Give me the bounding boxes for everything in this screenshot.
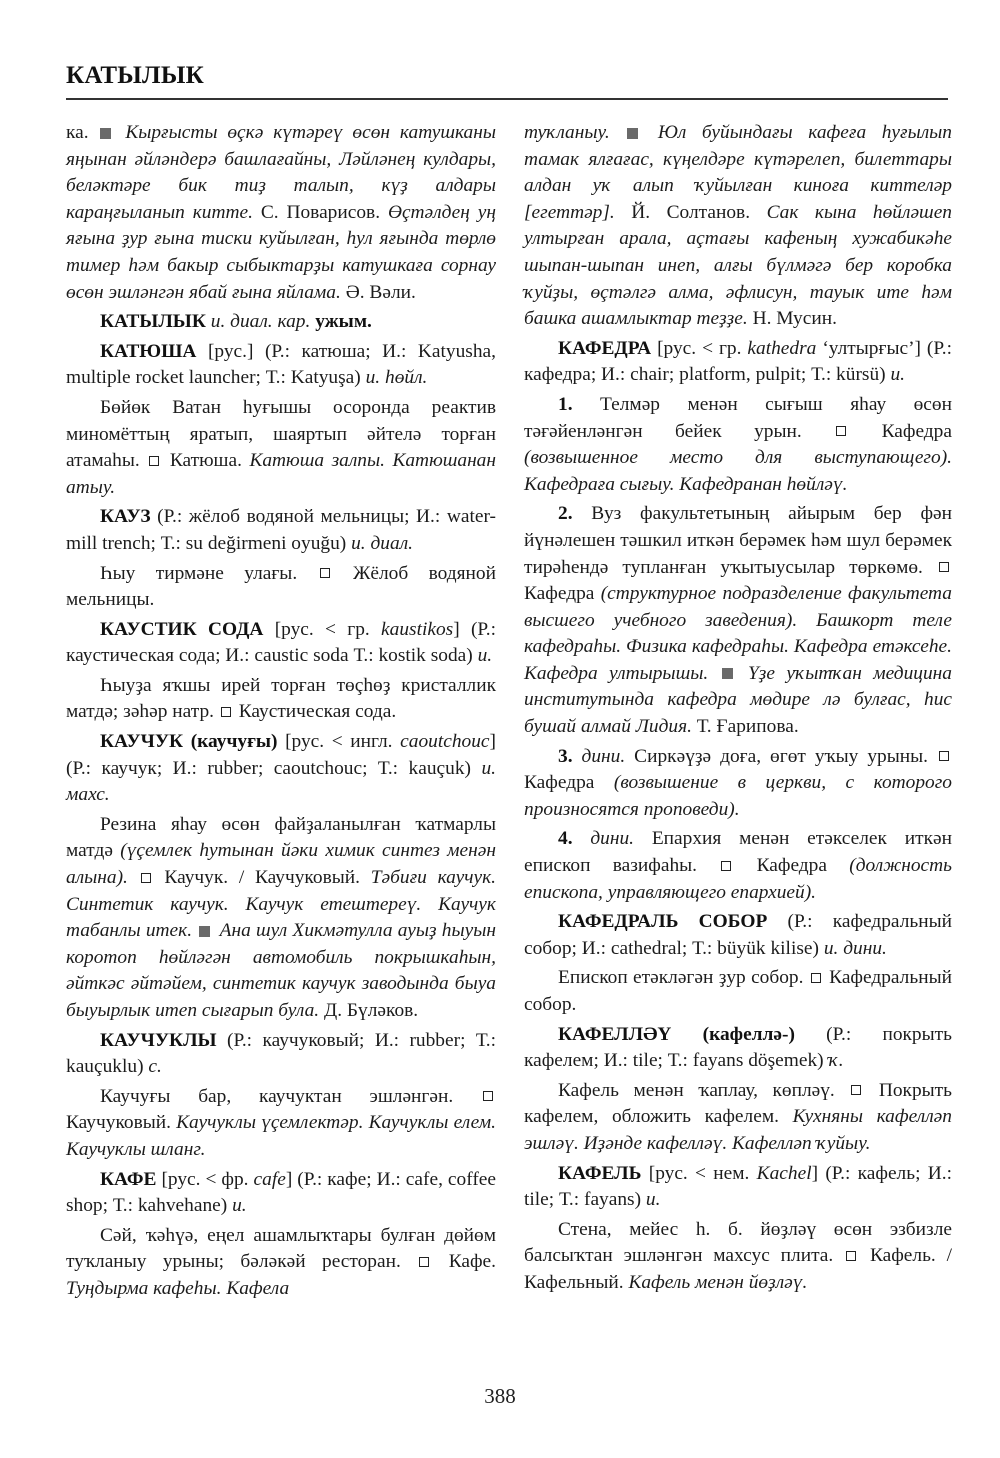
definition: Стена, мейес һ. б. йөҙләү өсөн эзбизле б… (524, 1217, 952, 1297)
etymon: kaustikos (381, 619, 453, 640)
citation-marker-icon (627, 128, 638, 139)
continued-text: туҡланыу. (524, 122, 610, 143)
etymology: [рус. < ингл. (285, 731, 392, 752)
examples: Туңдырма кафеһы. Кафела (66, 1278, 289, 1299)
sense-number: 1. (558, 394, 573, 415)
entry-kafe: КАФЕ [рус. < фр. cafe] (Р.: кафе; И.: ca… (66, 1167, 496, 1220)
entry-kauchuk: КАУЧУК (каучуғы) [рус. < ингл. caoutchou… (66, 729, 496, 809)
translation-box-icon (320, 568, 330, 578)
sense-number: 4. (558, 828, 573, 849)
entry-kauz: КАУЗ (Р.: жёлоб водяной мельницы; И.: wa… (66, 504, 496, 557)
definition-text: Кафель менән ҡаплау, көпләү. (558, 1080, 835, 1101)
translation-box-icon (846, 1251, 856, 1261)
continued-paragraph: туҡланыу. Юл буйындағы кафеға һуғылып та… (524, 120, 952, 333)
definition: Һыуҙа яҡшы ирей торған төçһөҙ кристаллик… (66, 673, 496, 726)
headword: КАТЮША (100, 341, 196, 362)
headword: КАФЕДРАЛЬ СОБОР (558, 911, 767, 932)
entry-kafedral-sobor: КАФЕДРАЛЬ СОБОР (Р.: кафедральный собор;… (524, 909, 952, 962)
russian-equivalent: Каучуковый. (66, 1112, 171, 1133)
definition-text: Каучуғы бар, каучуктан эшләнгән. (100, 1086, 453, 1107)
definition: Бөйөк Ватан һуғышы осоронда реактив мино… (66, 395, 496, 501)
russian-equivalent: Каустическая сода. (239, 701, 396, 722)
grammar-label: и. (232, 1195, 247, 1216)
grammar-label: с. (148, 1056, 161, 1077)
russian-equivalent: Кафедра (757, 855, 827, 876)
citation-author: Д. Бүләков. (324, 1000, 418, 1021)
citation-author: Ә. Вәли. (346, 282, 416, 303)
russian-equivalent: Каучук. / Каучуковый. (164, 867, 360, 888)
russian-equivalent: Кафедра (882, 421, 952, 442)
continued-text: ка. (66, 122, 89, 143)
translation-box-icon (851, 1085, 861, 1095)
translation-box-icon (939, 562, 949, 572)
left-column: ка. Кырғысты өçкә күтәреү өсөн катушканы… (66, 120, 496, 1303)
examples: Кафедраға сығыу. Кафедранан һөйләү. (524, 474, 847, 495)
grammar-label: и. (890, 364, 905, 385)
page-number: 388 (0, 1384, 1000, 1409)
headword: КАУЧУКЛЫ (100, 1030, 217, 1051)
definition-text: Һыу тирмәне улағы. (100, 563, 297, 584)
russian-equivalent: Катюша. (170, 450, 242, 471)
examples: Кафель менән йөҙләү. (628, 1272, 807, 1293)
definition-text: Вуз факультетының айырым бер фән йүнәлеш… (524, 503, 952, 577)
translation-box-icon (721, 861, 731, 871)
headword: КАФЕДРА (558, 338, 651, 359)
entry-kaustik-soda: КАУСТИК СОДА [рус. < гр. kaustikos] (Р.:… (66, 617, 496, 670)
definition: Епископ етәкләгән ҙур собор. Кафедральны… (524, 965, 952, 1018)
cross-reference: ужым. (315, 311, 372, 332)
translation-box-icon (149, 456, 159, 466)
definition: Резина яһау өсөн файҙаланылған ҡатмарлы … (66, 812, 496, 1025)
headword: КАФЕЛЬ (558, 1163, 641, 1184)
definition-text: Епископ етәкләгән ҙур собор. (558, 967, 803, 988)
headword: КАФЕЛЛӘҮ (кафеллә-) (558, 1024, 795, 1045)
translation-box-icon (483, 1091, 493, 1101)
russian-gloss: (возвышенное место для выступающего). (524, 447, 952, 468)
translation-box-icon (811, 973, 821, 983)
entry-katylyk: КАТЫЛЫК и. диал. кар. ужым. (66, 309, 496, 336)
etymology: [рус. < гр. (657, 338, 741, 359)
translation-box-icon (419, 1257, 429, 1267)
entry-kafellau: КАФЕЛЛӘҮ (кафеллә-) (Р.: покрыть кафелем… (524, 1022, 952, 1075)
citation-author: С. Поварисов. (261, 202, 380, 223)
citation-author: Т. Ғарипова. (697, 716, 799, 737)
russian-equivalent: Кафедра (524, 583, 594, 604)
entry-kafel: КАФЕЛЬ [рус. < нем. Kachel] (Р.: кафель;… (524, 1161, 952, 1214)
grammar-label: и. һөйл. (366, 367, 428, 388)
definition-text: Сиркәүҙә доға, өгөт уҡыу урыны. (634, 746, 928, 767)
entry-kauchukly: КАУЧУКЛЫ (Р.: каучуковый; И.: rubber; Т.… (66, 1028, 496, 1081)
russian-equivalent: Кафедра (524, 772, 594, 793)
grammar-label: и. дини. (824, 938, 887, 959)
definition: Һыу тирмәне улағы. Жёлоб водяной мельниц… (66, 561, 496, 614)
grammar-label: и. диал. (351, 533, 413, 554)
definition: Кафель менән ҡаплау, көпләү. Покрыть каф… (524, 1078, 952, 1158)
sense-1: 1. Телмәр менән сығыш яһау өсөн тәғәйенл… (524, 392, 952, 498)
etymology: [рус. < фр. (161, 1169, 248, 1190)
sense-2: 2. Вуз факультетының айырым бер фән йүнә… (524, 501, 952, 740)
translation-box-icon (221, 707, 231, 717)
etymon: kathedra (747, 338, 816, 359)
definition: Каучуғы бар, каучуктан эшләнгән. Каучуко… (66, 1084, 496, 1164)
grammar-label: и. диал. кар. (211, 311, 311, 332)
running-head: КАТЫЛЫК (66, 62, 204, 90)
headword: КАФЕ (100, 1169, 156, 1190)
etymology: [рус. < нем. (649, 1163, 750, 1184)
sense-3: 3. дини. Сиркәүҙә доға, өгөт уҡыу урыны.… (524, 744, 952, 824)
headword: КАУЗ (100, 506, 151, 527)
translation-box-icon (836, 426, 846, 436)
headword: КАТЫЛЫК (100, 311, 206, 332)
continued-paragraph: ка. Кырғысты өçкә күтәреү өсөн катушканы… (66, 120, 496, 306)
citation-marker-icon (100, 128, 111, 139)
russian-equivalent: Кафе. (449, 1251, 496, 1272)
right-column: туҡланыу. Юл буйындағы кафеға һуғылып та… (524, 120, 952, 1297)
sense-number: 3. (558, 746, 573, 767)
translation-box-icon (939, 751, 949, 761)
grammar-label: и. (478, 645, 493, 666)
etymon: caoutchouc (400, 731, 489, 752)
citation-author: Й. Солтанов. (631, 202, 750, 223)
definition-text: Сәй, ҡәһүә, еңел ашамлыҡтары булған дөйө… (66, 1225, 496, 1273)
etymon: Kachel (757, 1163, 812, 1184)
citation-marker-icon (199, 926, 210, 937)
citation-marker-icon (722, 668, 733, 679)
etymology: [рус. < гр. (275, 619, 370, 640)
header-rule (66, 98, 948, 100)
headword: КАУСТИК СОДА (100, 619, 263, 640)
grammar-label: ҡ. (828, 1050, 843, 1071)
sense-number: 2. (558, 503, 573, 524)
etymon: cafe (254, 1169, 286, 1190)
translation-box-icon (141, 873, 151, 883)
headword: КАУЧУК (каучуғы) (100, 731, 277, 752)
grammar-label: дини. (582, 746, 626, 767)
definition: Сәй, ҡәһүә, еңел ашамлыҡтары булған дөйө… (66, 1223, 496, 1303)
sense-4: 4. дини. Епархия менән етәкселек иткән е… (524, 826, 952, 906)
entry-kafedra: КАФЕДРА [рус. < гр. kathedra ‘ултырғыс’]… (524, 336, 952, 389)
citation-author: Н. Мусин. (753, 308, 837, 329)
grammar-label: дини. (590, 828, 634, 849)
entry-katyusha: КАТЮША [рус.] (Р.: катюша; И.: Katyusha,… (66, 339, 496, 392)
grammar-label: и. (646, 1189, 661, 1210)
